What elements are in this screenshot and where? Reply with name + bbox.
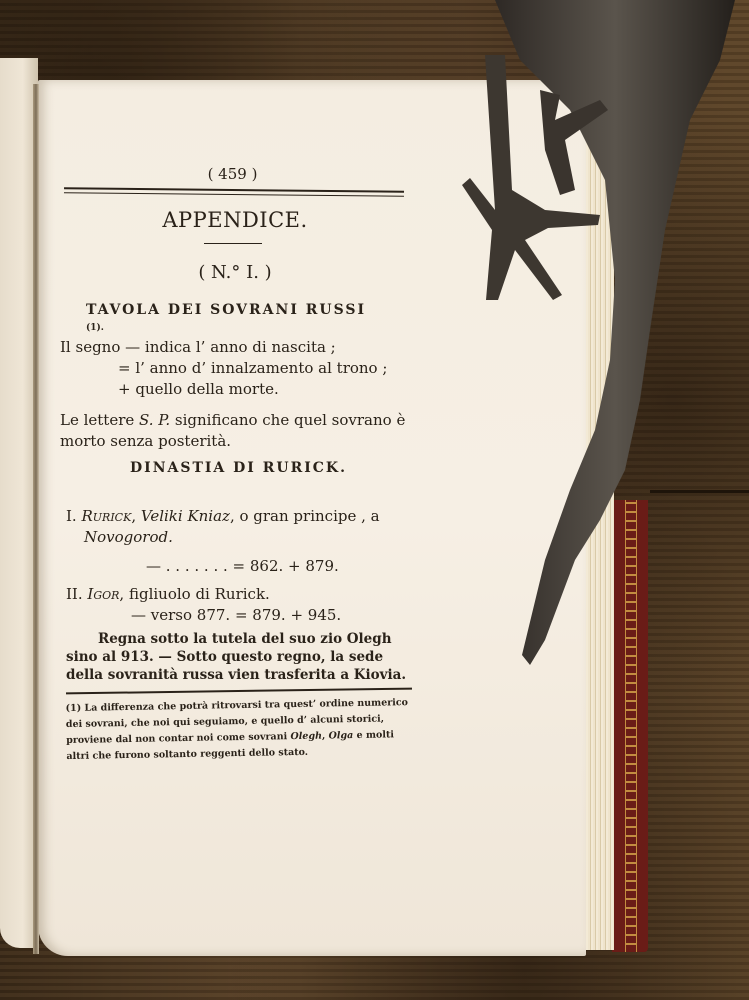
entry-description: , figliuolo di Rurick. <box>119 585 269 603</box>
entry-place: Novogorod. <box>84 528 173 546</box>
footnote-reference: (1). <box>86 323 104 333</box>
table-title: TAVOLA DEI SOVRANI RUSSI (1). <box>86 302 386 334</box>
entry-numeral: I. <box>66 507 77 525</box>
footnote-name: Olga <box>328 730 353 741</box>
entry-title: Veliki Kniaz <box>141 507 230 525</box>
footnote-name: Olegh <box>290 731 322 743</box>
entry-description: , o gran principe , a <box>230 507 380 525</box>
footnote: (1) La differenza che potrà ritrovarsi t… <box>65 695 416 765</box>
gilt-chain-tooling <box>625 500 637 952</box>
legend-death: + quello della morte. <box>118 380 279 398</box>
legend-row: = l’ anno d’ innalzamento al trono ; <box>60 358 387 379</box>
legend-row: + quello della morte. <box>60 379 387 400</box>
note-text: Le lettere <box>60 411 139 429</box>
entry-dates: — . . . . . . . = 862. + 879. <box>66 556 426 577</box>
sovereign-entry-2: II. Igor, figliuolo di Rurick. — verso 8… <box>66 584 426 626</box>
sovereign-entry-1: I. Rurick, Veliki Kniaz, o gran principe… <box>66 506 426 577</box>
legend-throne: = l’ anno d’ innalzamento al trono ; <box>118 359 387 377</box>
entry-numeral: II. <box>66 585 83 603</box>
sp-note: Le lettere S. P. significano che quel so… <box>60 410 420 452</box>
dynasty-title: DINASTIA DI RURICK. <box>130 460 380 476</box>
entry-dates: — verso 877. = 879. + 945. <box>66 605 426 626</box>
page-heading: APPENDICE. <box>120 208 350 232</box>
heading-short-rule <box>204 243 262 244</box>
leather-cover-gilt-border <box>612 500 648 952</box>
legend-row: Il segno — indica l’ anno di nascita ; <box>60 337 387 358</box>
reign-paragraph: Regna sotto la tutela del suo zio Olegh … <box>66 630 414 684</box>
table-title-text: TAVOLA DEI SOVRANI RUSSI <box>86 302 366 318</box>
entry-name: Igor <box>87 585 119 603</box>
legend-prefix: Il segno <box>60 338 120 356</box>
page-number: ( 459 ) <box>200 165 265 183</box>
section-number: ( N.° I. ) <box>170 262 300 283</box>
entry-name: Rurick <box>81 507 131 525</box>
note-letters: S. P. <box>139 411 170 429</box>
symbol-legend: Il segno — indica l’ anno di nascita ; =… <box>60 337 387 400</box>
wood-board-seam <box>650 490 749 493</box>
legend-birth: — indica l’ anno di nascita ; <box>125 338 336 356</box>
book-gutter <box>33 84 39 954</box>
